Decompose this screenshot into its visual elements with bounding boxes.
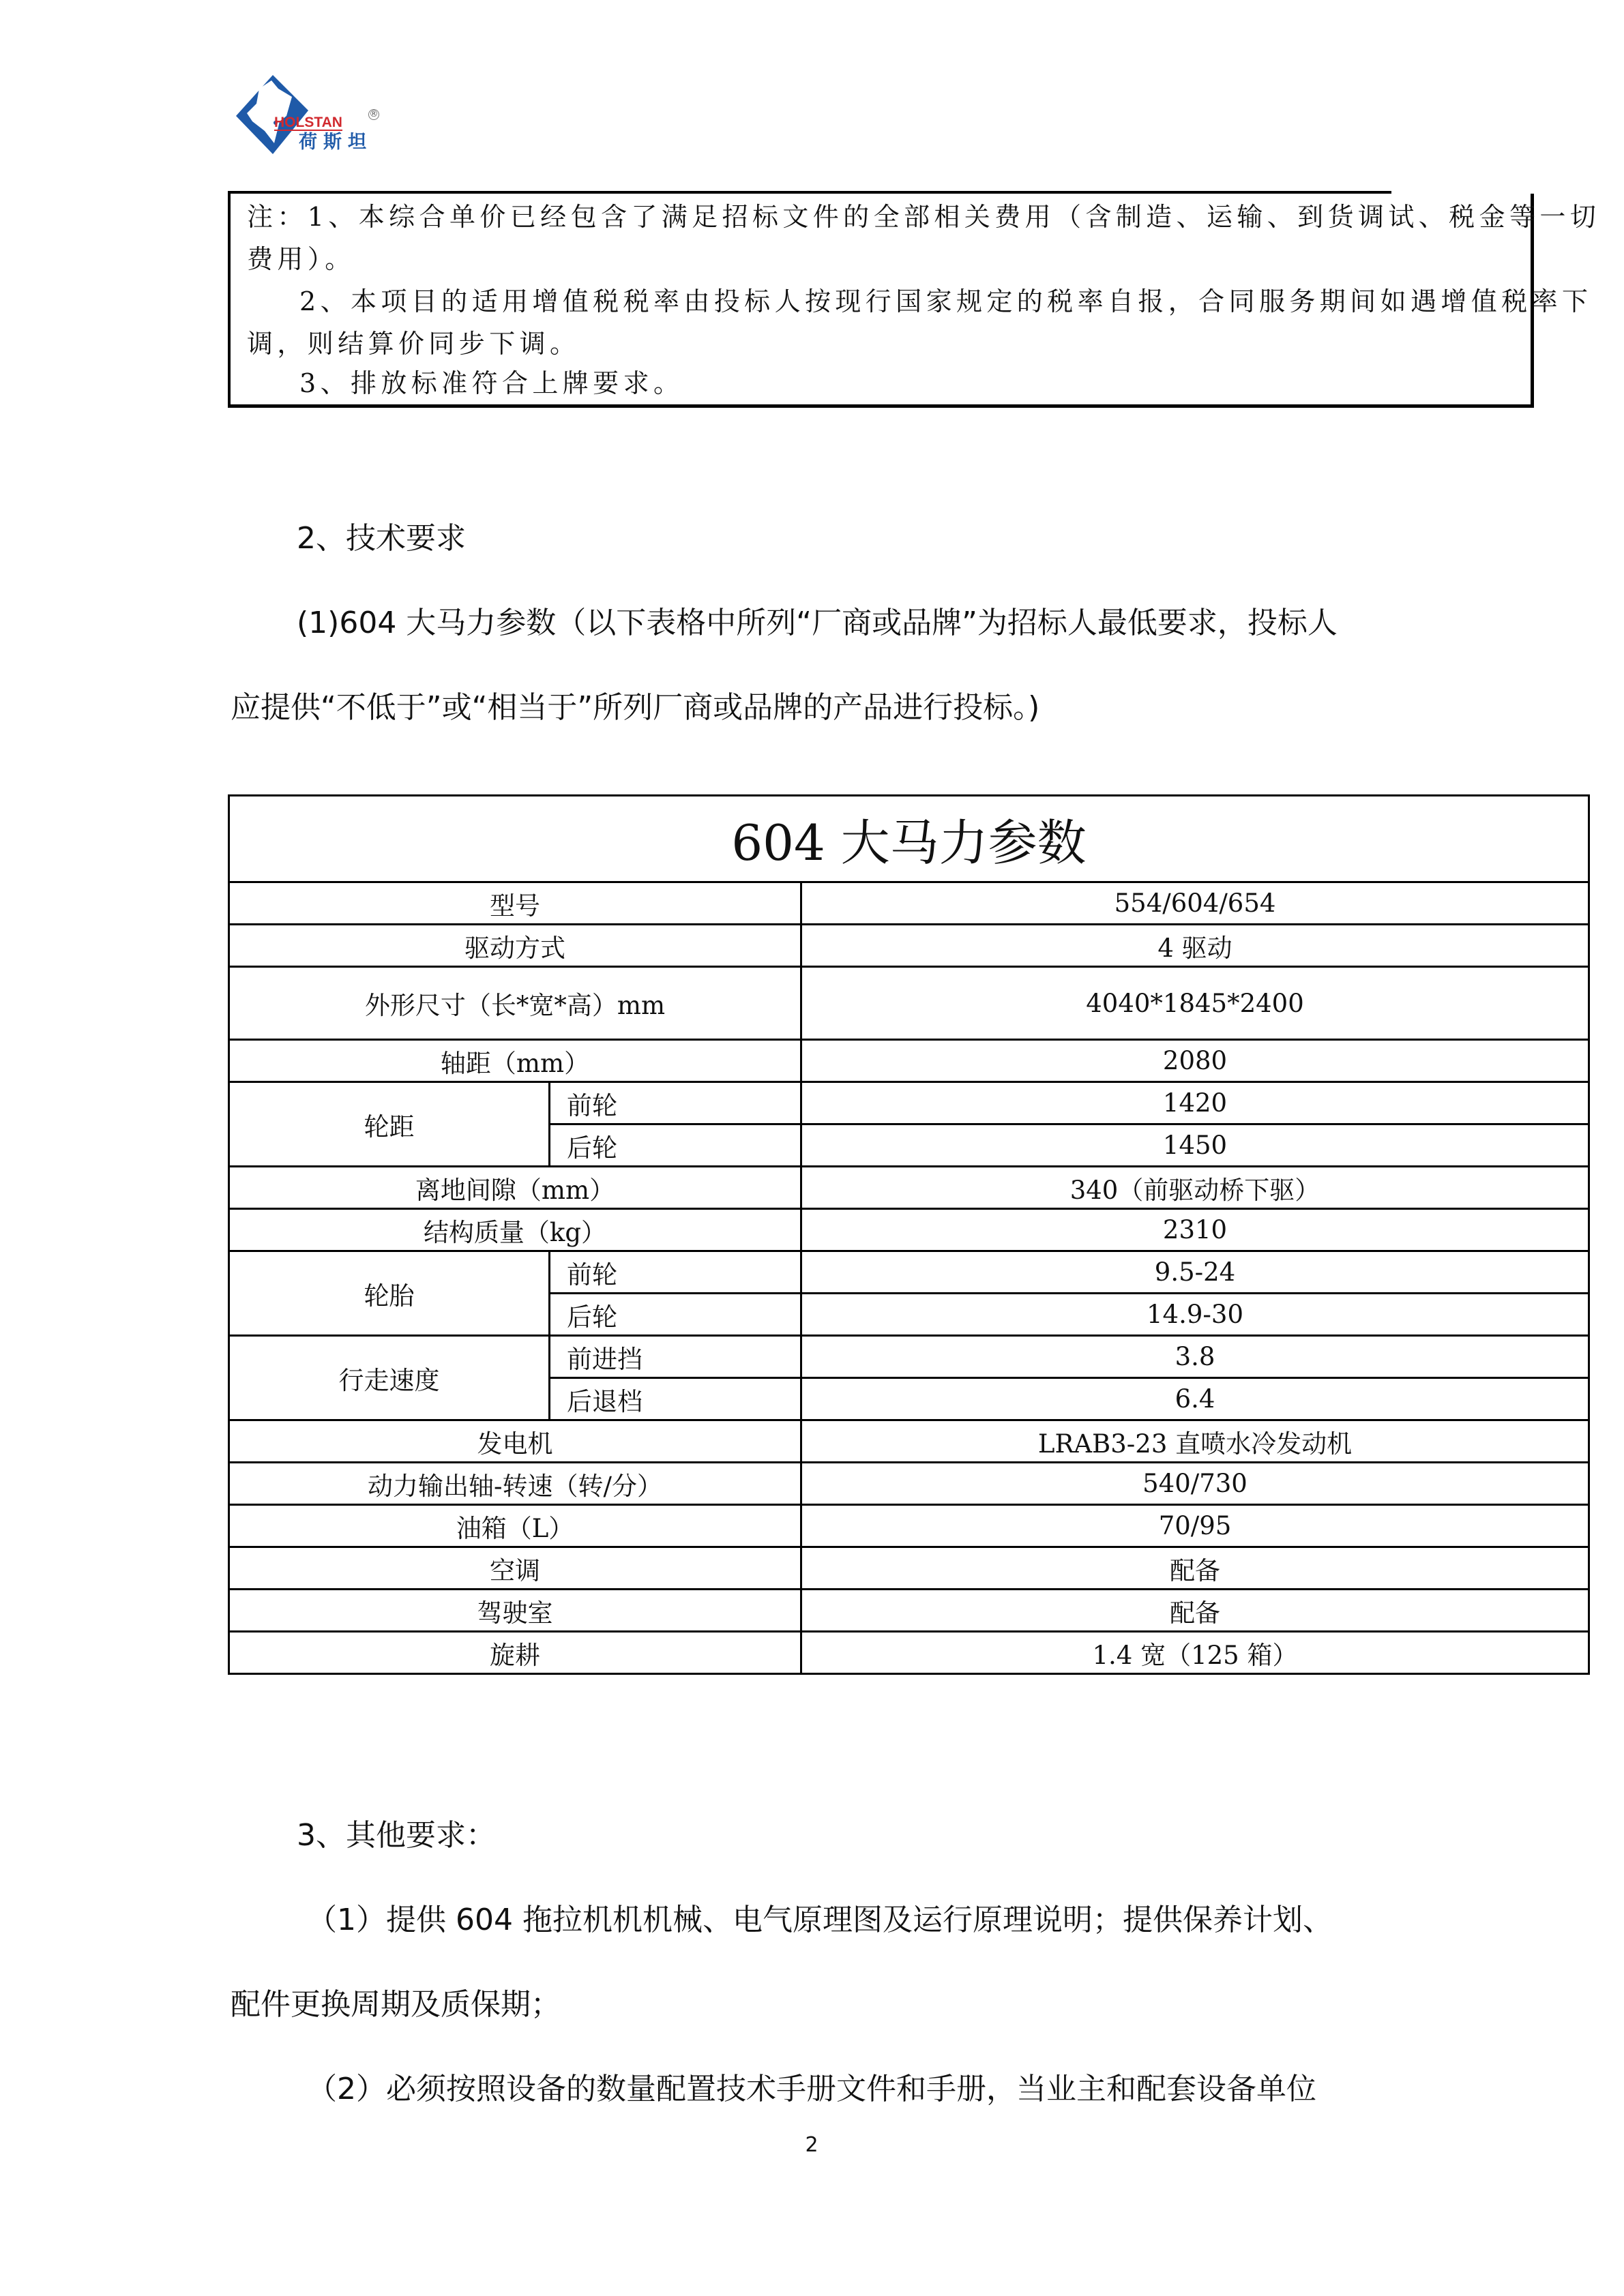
row-value: 1.4 宽（125 箱） xyxy=(801,1632,1589,1674)
row-label: 发电机 xyxy=(229,1420,801,1463)
row-label: 轴距（mm） xyxy=(229,1040,801,1082)
row-group-label: 轮胎 xyxy=(229,1251,550,1336)
row-label: 旋耕 xyxy=(229,1632,801,1674)
row-value: 1420 xyxy=(801,1082,1589,1124)
row-value: 14.9-30 xyxy=(801,1294,1589,1336)
row-label: 动力输出轴-转速（转/分） xyxy=(229,1463,801,1505)
row-value: 6.4 xyxy=(801,1378,1589,1420)
row-value: 70/95 xyxy=(801,1505,1589,1547)
row-value: 4040*1845*2400 xyxy=(801,967,1589,1040)
row-label: 结构质量（kg） xyxy=(229,1209,801,1251)
note-border-top xyxy=(228,191,1391,194)
row-value: 配备 xyxy=(801,1547,1589,1590)
table-row: 型号 554/604/654 xyxy=(229,882,1589,925)
tech-requirements-paragraph-line-2: 应提供“不低于”或“相当于”所列厂商或品牌的产品进行投标。) xyxy=(231,691,1039,724)
row-label: 空调 xyxy=(229,1547,801,1590)
note-box: 注：1、本综合单价已经包含了满足招标文件的全部相关费用（含制造、运输、到货调试、… xyxy=(228,191,1532,408)
registered-mark-icon: ® xyxy=(368,109,379,120)
table-row: 空调 配备 xyxy=(229,1547,1589,1590)
row-value: 9.5-24 xyxy=(801,1251,1589,1294)
row-sub-label: 前轮 xyxy=(550,1082,801,1124)
row-sub-label: 前轮 xyxy=(550,1251,801,1294)
spec-table: 604 大马力参数 型号 554/604/654 驱动方式 4 驱动 外形尺寸（… xyxy=(228,794,1588,1703)
section-heading-other-requirements: 3、其他要求： xyxy=(297,1819,496,1852)
table-row: 动力输出轴-转速（转/分） 540/730 xyxy=(229,1463,1589,1505)
row-value: 540/730 xyxy=(801,1463,1589,1505)
row-group-label: 轮距 xyxy=(229,1082,550,1167)
company-logo: HOLSTAN 荷斯坦 ® xyxy=(232,68,389,164)
note-border-left xyxy=(228,191,231,408)
row-sub-label: 后轮 xyxy=(550,1124,801,1167)
logo-brand-cn: 荷斯坦 xyxy=(299,132,372,153)
tech-requirements-paragraph-line-1: (1)604 大马力参数（以下表格中所列“厂商或品牌”为招标人最低要求，投标人 xyxy=(297,607,1338,640)
page-number: 2 xyxy=(798,2133,825,2157)
table-row: 发电机 LRAB3-23 直喷水冷发动机 xyxy=(229,1420,1589,1463)
table-row: 外形尺寸（长*宽*高）mm 4040*1845*2400 xyxy=(229,967,1589,1040)
row-sub-label: 后轮 xyxy=(550,1294,801,1336)
table-row: 离地间隙（mm） 340（前驱动桥下驱） xyxy=(229,1167,1589,1209)
table-row: 驱动方式 4 驱动 xyxy=(229,925,1589,967)
row-value: 3.8 xyxy=(801,1336,1589,1378)
row-value: 4 驱动 xyxy=(801,925,1589,967)
other-requirements-item-1-line-1: （1）提供 604 拖拉机机机械、电气原理图及运行原理说明；提供保养计划、 xyxy=(307,1904,1333,1937)
table-row: 旋耕 1.4 宽（125 箱） xyxy=(229,1632,1589,1674)
note-line-3: 2、本项目的适用增值税税率由投标人按现行国家规定的税率自报，合同服务期间如遇增值… xyxy=(299,288,1592,315)
row-value: 554/604/654 xyxy=(801,882,1589,925)
row-value: 配备 xyxy=(801,1590,1589,1632)
row-label: 油箱（L） xyxy=(229,1505,801,1547)
row-value: 2310 xyxy=(801,1209,1589,1251)
row-label: 外形尺寸（长*宽*高）mm xyxy=(229,967,801,1040)
note-border-bottom xyxy=(228,404,1534,408)
table-title: 604 大马力参数 xyxy=(229,796,1589,882)
row-label: 离地间隙（mm） xyxy=(229,1167,801,1209)
row-label: 驱动方式 xyxy=(229,925,801,967)
row-label: 型号 xyxy=(229,882,801,925)
table-row: 结构质量（kg） 2310 xyxy=(229,1209,1589,1251)
row-value: 1450 xyxy=(801,1124,1589,1167)
table-row: 轮距 前轮 1420 xyxy=(229,1082,1589,1124)
row-sub-label: 前进挡 xyxy=(550,1336,801,1378)
note-line-5: 3、排放标准符合上牌要求。 xyxy=(299,370,683,397)
table-row: 驾驶室 配备 xyxy=(229,1590,1589,1632)
row-label: 驾驶室 xyxy=(229,1590,801,1632)
other-requirements-item-2-line-1: （2）必须按照设备的数量配置技术手册文件和手册，当业主和配套设备单位 xyxy=(307,2073,1316,2106)
other-requirements-item-1-line-2: 配件更换周期及质保期； xyxy=(231,1988,561,2021)
table-row: 油箱（L） 70/95 xyxy=(229,1505,1589,1547)
row-group-label: 行走速度 xyxy=(229,1336,550,1420)
note-line-1: 注：1、本综合单价已经包含了满足招标文件的全部相关费用（含制造、运输、到货调试、… xyxy=(247,203,1600,230)
row-sub-label: 后退档 xyxy=(550,1378,801,1420)
section-heading-tech-requirements: 2、技术要求 xyxy=(297,522,466,555)
note-line-4: 调，则结算价同步下调。 xyxy=(247,330,580,357)
note-line-2: 费用）。 xyxy=(247,245,355,273)
table-row: 行走速度 前进挡 3.8 xyxy=(229,1336,1589,1378)
row-value: 340（前驱动桥下驱） xyxy=(801,1167,1589,1209)
table-row: 轮胎 前轮 9.5-24 xyxy=(229,1251,1589,1294)
table-row: 轴距（mm） 2080 xyxy=(229,1040,1589,1082)
logo-brand-en: HOLSTAN xyxy=(274,116,342,131)
row-value: 2080 xyxy=(801,1040,1589,1082)
row-value: LRAB3-23 直喷水冷发动机 xyxy=(801,1420,1589,1463)
